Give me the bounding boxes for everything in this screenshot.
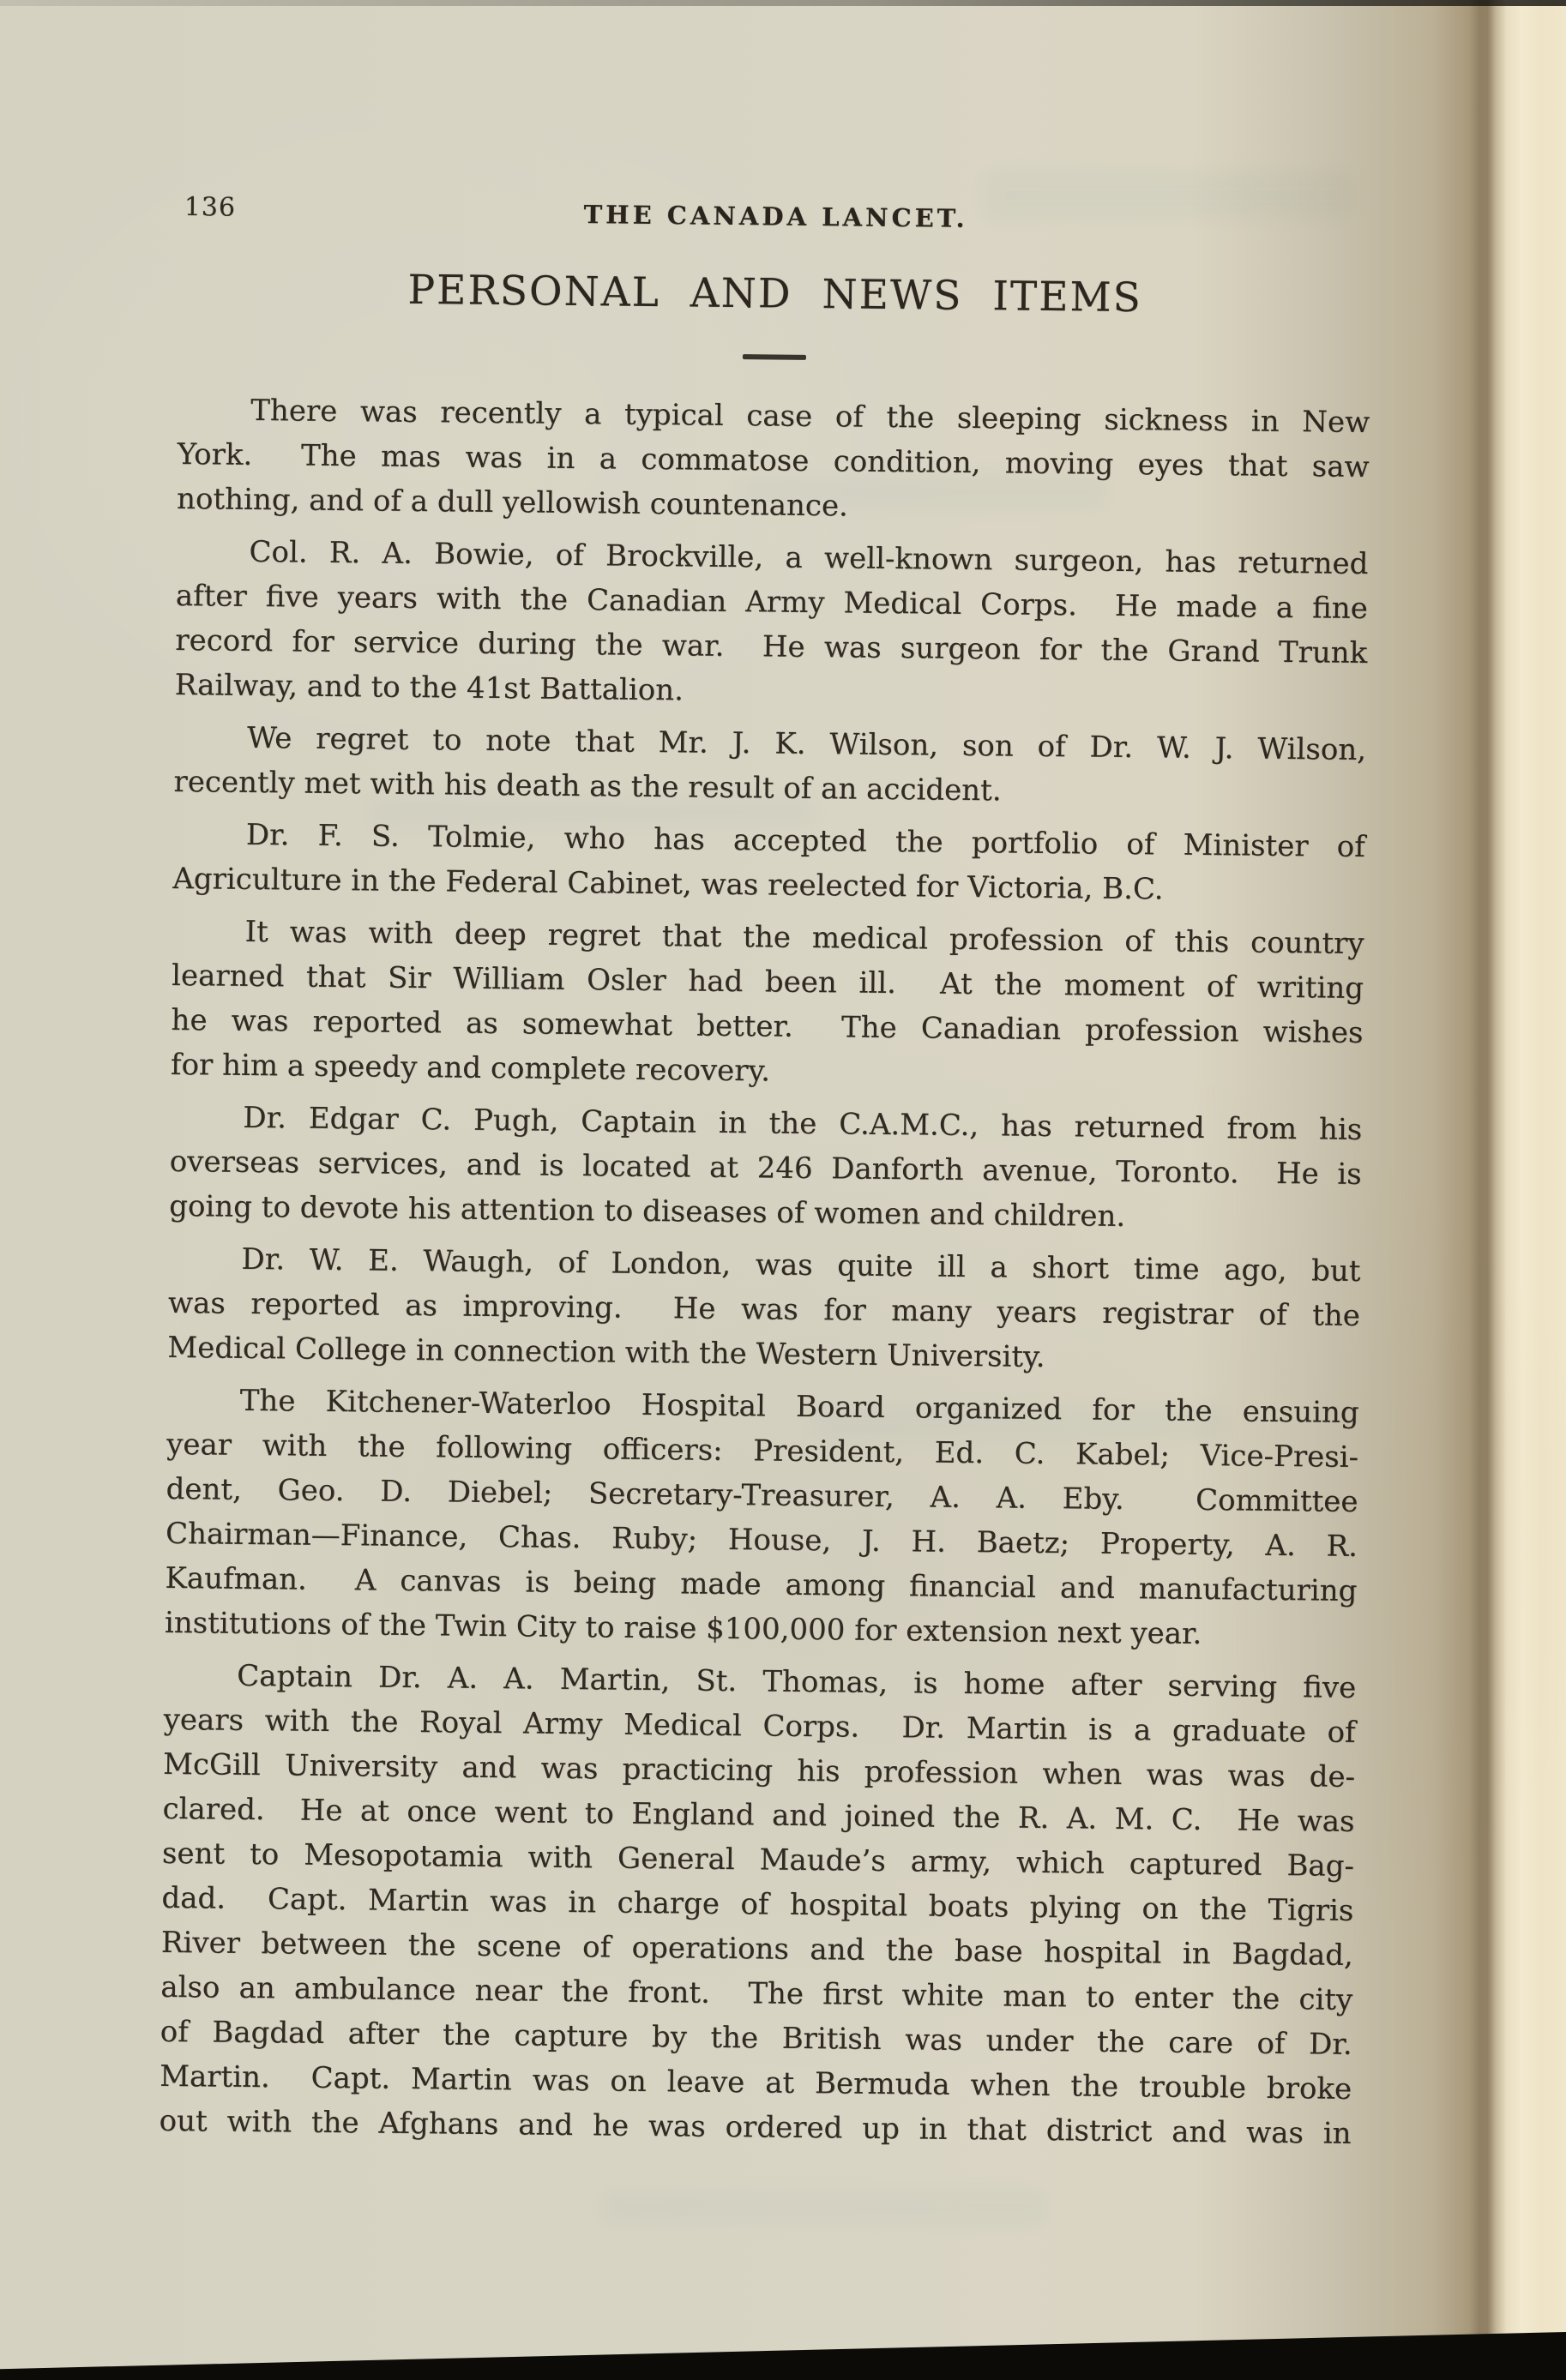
paragraph: Captain Dr. A. A. Martin, St. Thomas, is… [159,1653,1356,2156]
paragraph: Dr. F. S. Tolmie, who has accepted the p… [172,812,1365,914]
paragraph: We regret to note that Mr. J. K. Wilson,… [173,715,1366,817]
section-divider [743,354,806,360]
paragraph: Dr. W. E. Waugh, of London, was quite il… [167,1236,1361,1383]
paragraph: It was with deep regret that the medical… [171,909,1364,1100]
paragraph: Dr. Edgar C. Pugh, Captain in the C.A.M.… [169,1095,1363,1241]
body-text: There was recently a typical case of the… [159,388,1370,2164]
paragraph: The Kitchener-Waterloo Hospital Board or… [165,1378,1359,1658]
paragraph: Col. R. A. Bowie, of Brockville, a well-… [174,529,1368,720]
show-through-smudge [600,2191,1046,2225]
scan-top-edge [0,0,1566,6]
scanned-book-page: 136 THE CANADA LANCET. PERSONAL AND NEWS… [0,0,1566,2380]
paragraph: There was recently a typical case of the… [177,388,1370,534]
